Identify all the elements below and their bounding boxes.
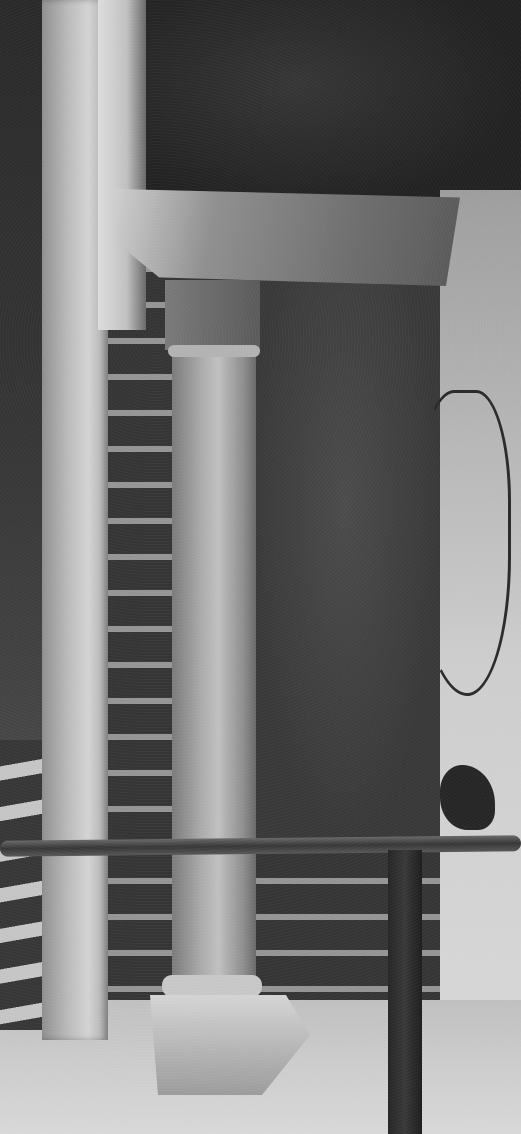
astragal-ring: [168, 345, 260, 357]
column-base-ring: [162, 975, 262, 997]
masonry-wall-panel: [250, 280, 440, 840]
column-shaft: [172, 345, 256, 985]
photograph: [0, 0, 521, 1134]
dark-upper-wall: [145, 0, 521, 210]
dark-background-left: [0, 0, 45, 760]
capital-neck: [165, 280, 260, 350]
railing-post: [388, 850, 422, 1134]
pilaster-edge: [98, 0, 146, 330]
rubble-left: [0, 740, 45, 1030]
